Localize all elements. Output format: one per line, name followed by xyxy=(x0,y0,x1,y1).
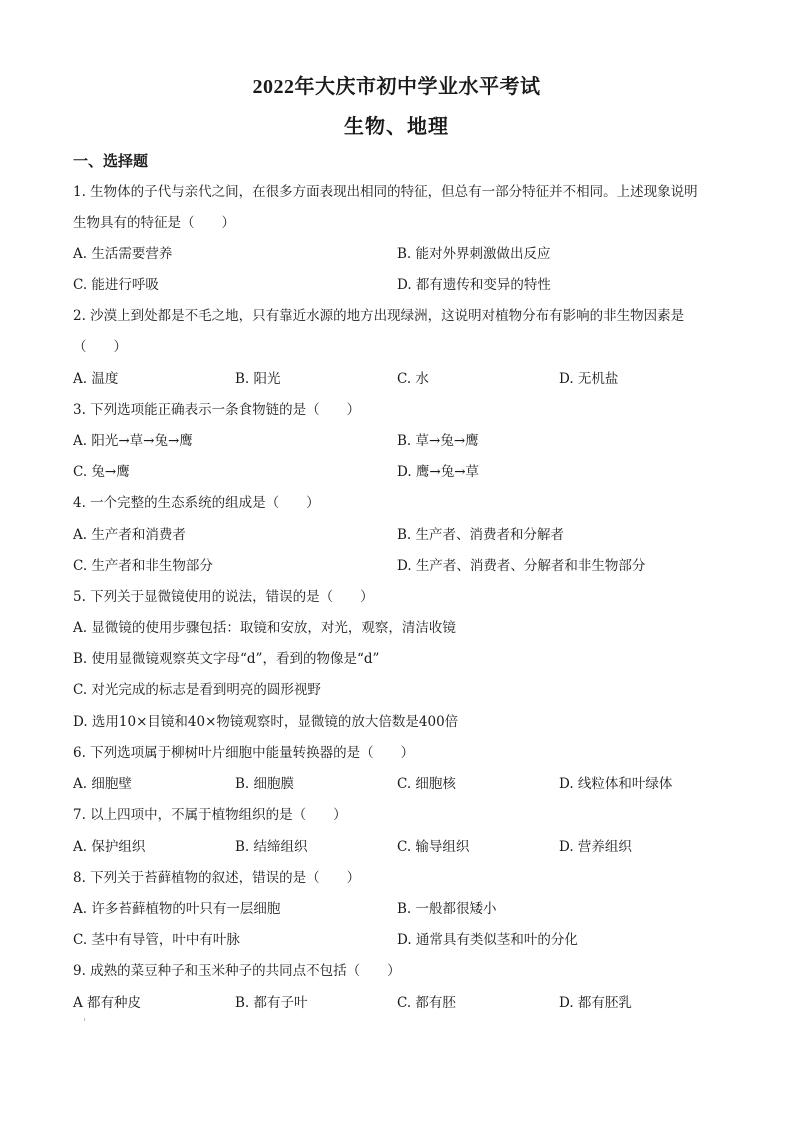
question-6-option-b[interactable]: B. 细胞膜 xyxy=(235,775,294,793)
question-3-option-b[interactable]: B. 草→兔→鹰 xyxy=(397,432,479,450)
question-5-option-a[interactable]: A. 显微镜的使用步骤包括：取镜和安放，对光，观察，清洁收镜 xyxy=(73,619,456,637)
question-2-options-row: A. 温度 B. 阳光 C. 水 D. 无机盐 xyxy=(73,370,733,388)
question-8-option-b[interactable]: B. 一般都很矮小 xyxy=(397,900,497,918)
question-3-option-a[interactable]: A. 阳光→草→兔→鹰 xyxy=(73,432,193,450)
question-5-option-c[interactable]: C. 对光完成的标志是看到明亮的圆形视野 xyxy=(73,681,321,699)
question-3-option-c[interactable]: C. 兔→鹰 xyxy=(73,463,130,481)
question-9-stem: 9. 成熟的菜豆种子和玉米种子的共同点不包括（ ） xyxy=(73,962,401,980)
question-8-options-row-2: C. 茎中有导管，叶中有叶脉 D. 通常具有类似茎和叶的分化 xyxy=(73,931,733,949)
question-9-option-d[interactable]: D. 都有胚乳 xyxy=(559,994,632,1012)
question-9-option-b[interactable]: B. 都有子叶 xyxy=(235,994,308,1012)
question-2-option-d[interactable]: D. 无机盐 xyxy=(559,370,618,388)
question-8-options-row-1: A. 许多苔藓植物的叶只有一层细胞 B. 一般都很矮小 xyxy=(73,900,733,918)
question-2-option-a[interactable]: A. 温度 xyxy=(73,370,118,388)
exam-title: 2022年大庆市初中学业水平考试 xyxy=(0,70,793,99)
question-2-stem-line-1: 2. 沙漠上到处都是不毛之地，只有靠近水源的地方出现绿洲，这说明对植物分布有影响… xyxy=(73,307,684,325)
question-1-options-row-1: A. 生活需要营养 B. 能对外界刺激做出反应 xyxy=(73,245,733,263)
question-9-options-row: A 都有种皮 B. 都有子叶 C. 都有胚 D. 都有胚乳 xyxy=(73,994,733,1012)
exam-page: 2022年大庆市初中学业水平考试 生物、地理 一、选择题 1. 生物体的子代与亲… xyxy=(0,0,793,1122)
question-5-option-b[interactable]: B. 使用显微镜观察英文字母“d”，看到的物像是“d” xyxy=(73,650,379,668)
question-9-option-a[interactable]: A 都有种皮 xyxy=(73,994,141,1012)
question-4-option-b[interactable]: B. 生产者、消费者和分解者 xyxy=(397,526,564,544)
question-7-option-c[interactable]: C. 输导组织 xyxy=(397,838,469,856)
question-5-stem: 5. 下列关于显微镜使用的说法，错误的是（ ） xyxy=(73,588,374,606)
question-1-stem-line-2: 生物具有的特征是（ ） xyxy=(73,214,235,232)
question-4-stem: 4. 一个完整的生态系统的组成是（ ） xyxy=(73,494,320,512)
question-7-option-b[interactable]: B. 结缔组织 xyxy=(235,838,308,856)
question-1-option-a[interactable]: A. 生活需要营养 xyxy=(73,245,172,263)
question-1-option-d[interactable]: D. 都有遗传和变异的特性 xyxy=(397,276,551,294)
question-2-stem-line-2: （ ） xyxy=(73,338,127,356)
question-6-option-d[interactable]: D. 线粒体和叶绿体 xyxy=(559,775,672,793)
question-3-options-row-2: C. 兔→鹰 D. 鹰→兔→草 xyxy=(73,463,733,481)
question-1-options-row-2: C. 能进行呼吸 D. 都有遗传和变异的特性 xyxy=(73,276,733,294)
question-4-options-row-2: C. 生产者和非生物部分 D. 生产者、消费者、分解者和非生物部分 xyxy=(73,557,733,575)
exam-subtitle: 生物、地理 xyxy=(0,110,793,139)
question-8-option-c[interactable]: C. 茎中有导管，叶中有叶脉 xyxy=(73,931,240,949)
question-3-options-row-1: A. 阳光→草→兔→鹰 B. 草→兔→鹰 xyxy=(73,432,733,450)
question-4-options-row-1: A. 生产者和消费者 B. 生产者、消费者和分解者 xyxy=(73,526,733,544)
question-4-option-d[interactable]: D. 生产者、消费者、分解者和非生物部分 xyxy=(397,557,645,575)
question-5-option-d[interactable]: D. 选用10×目镜和40×物镜观察时，显微镜的放大倍数是400倍 xyxy=(73,713,458,731)
question-6-option-c[interactable]: C. 细胞核 xyxy=(397,775,456,793)
question-8-stem: 8. 下列关于苔藓植物的叙述，错误的是（ ） xyxy=(73,869,360,887)
question-1-stem-line-1: 1. 生物体的子代与亲代之间，在很多方面表现出相同的特征，但总有一部分特征并不相… xyxy=(73,183,698,201)
question-1-option-b[interactable]: B. 能对外界刺激做出反应 xyxy=(397,245,551,263)
question-4-option-a[interactable]: A. 生产者和消费者 xyxy=(73,526,186,544)
question-7-stem: 7. 以上四项中，不属于植物组织的是（ ） xyxy=(73,806,347,824)
question-7-options-row: A. 保护组织 B. 结缔组织 C. 输导组织 D. 营养组织 xyxy=(73,838,733,856)
question-4-option-c[interactable]: C. 生产者和非生物部分 xyxy=(73,557,213,575)
question-7-option-d[interactable]: D. 营养组织 xyxy=(559,838,632,856)
question-2-option-b[interactable]: B. 阳光 xyxy=(235,370,281,388)
question-7-option-a[interactable]: A. 保护组织 xyxy=(73,838,145,856)
question-3-stem: 3. 下列选项能正确表示一条食物链的是（ ） xyxy=(73,401,360,419)
section-heading: 一、选择题 xyxy=(73,150,148,171)
question-9-option-c[interactable]: C. 都有胚 xyxy=(397,994,456,1012)
question-1-option-c[interactable]: C. 能进行呼吸 xyxy=(73,276,159,294)
question-3-option-d[interactable]: D. 鹰→兔→草 xyxy=(397,463,479,481)
question-6-stem: 6. 下列选项属于柳树叶片细胞中能量转换器的是（ ） xyxy=(73,744,414,762)
question-8-option-d[interactable]: D. 通常具有类似茎和叶的分化 xyxy=(397,931,578,949)
question-6-option-a[interactable]: A. 细胞壁 xyxy=(73,775,132,793)
question-6-options-row: A. 细胞壁 B. 细胞膜 C. 细胞核 D. 线粒体和叶绿体 xyxy=(73,775,733,793)
scan-mark xyxy=(84,1018,85,1021)
question-8-option-a[interactable]: A. 许多苔藓植物的叶只有一层细胞 xyxy=(73,900,280,918)
question-2-option-c[interactable]: C. 水 xyxy=(397,370,429,388)
